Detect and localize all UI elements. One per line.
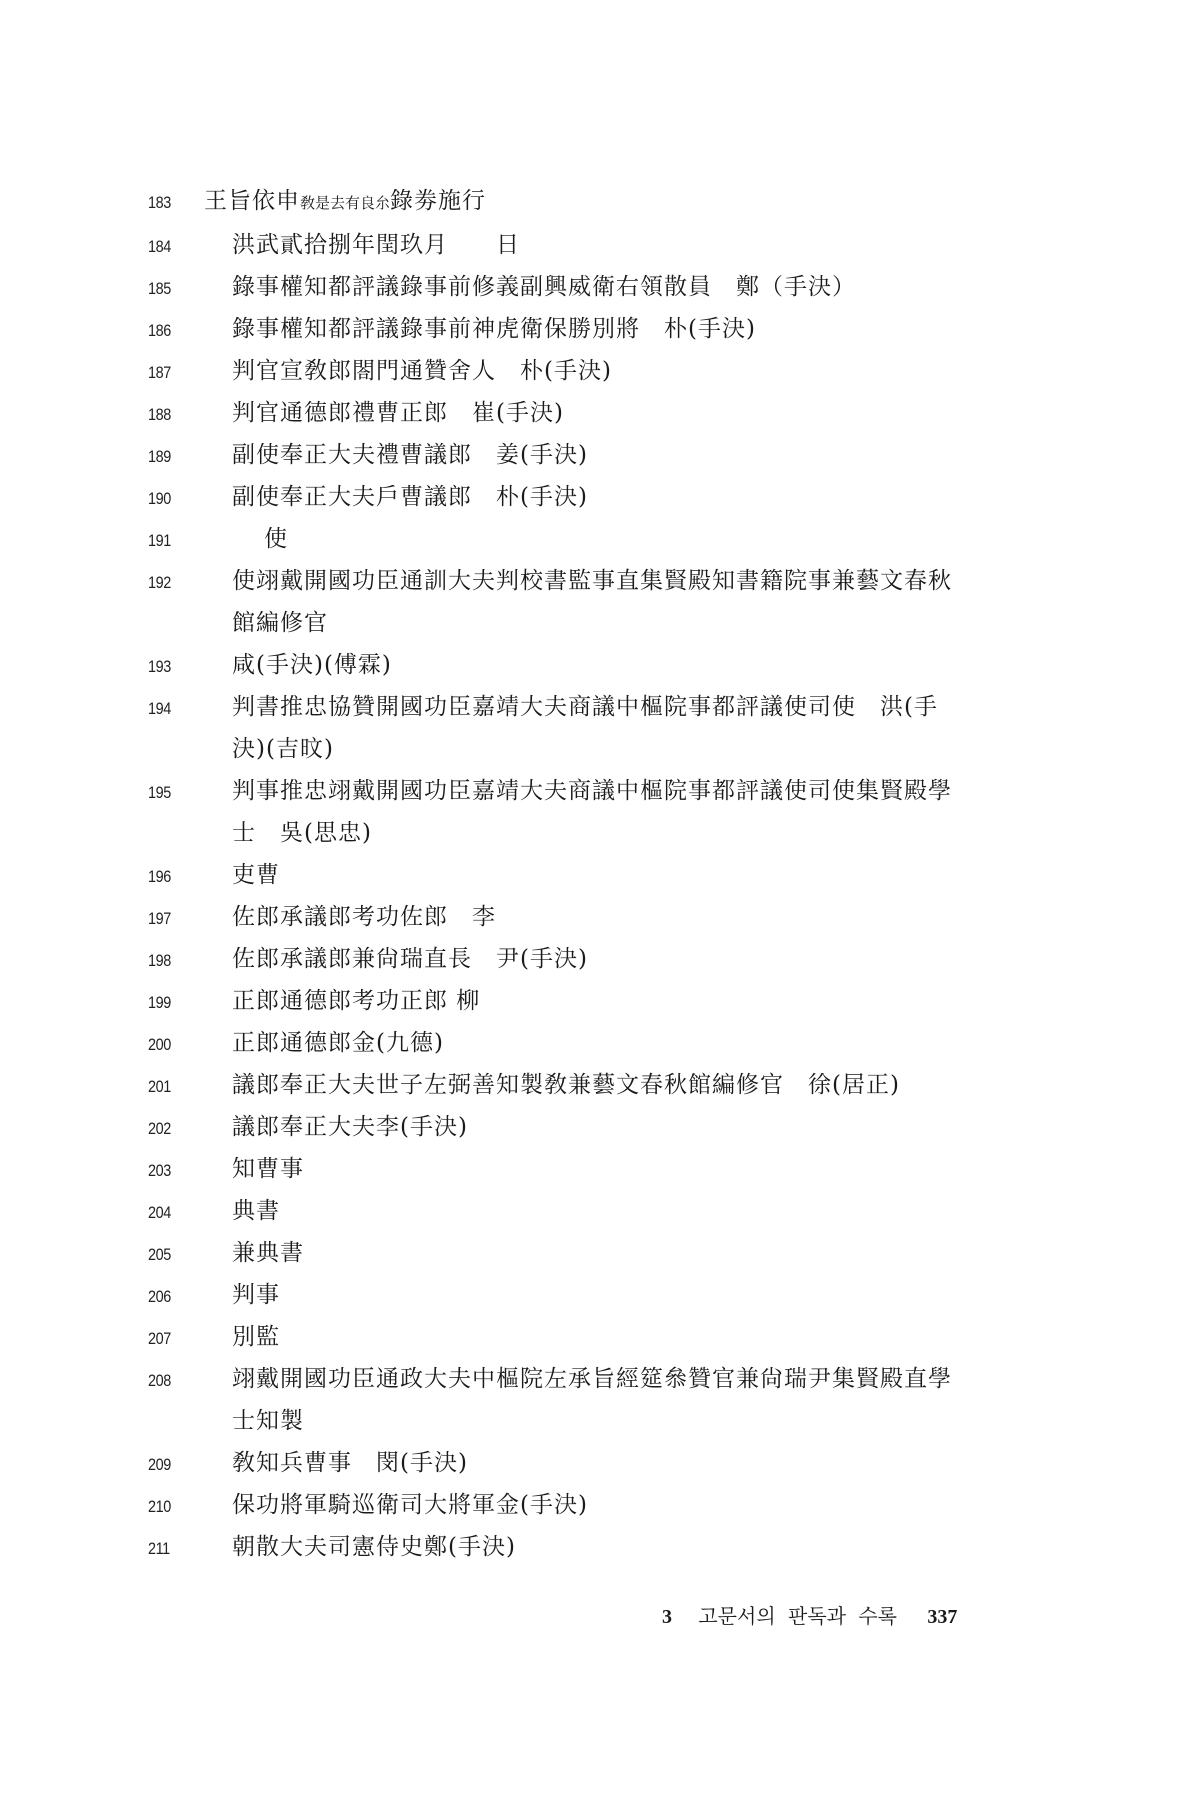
line-text: 使翊戴開國功臣通訓大夫判校書監事直集賢殿知書籍院事兼藝文春秋館編修官 — [232, 560, 1032, 644]
line-text: 正郎通德郎考功正郎 柳 — [232, 980, 1032, 1022]
line-number: 183 — [148, 193, 196, 213]
line-185: 185 錄事權知都評議錄事前修義副興威衛右領散員 鄭（手決） — [148, 266, 1048, 308]
line-text: 朝散大夫司憲侍史鄭(手決) — [232, 1526, 1032, 1568]
line-184: 184 洪武貳拾捌年閏玖月 日 — [148, 224, 1048, 266]
line-number: 204 — [148, 1203, 219, 1223]
line-197: 197 佐郎承議郎考功佐郎 李 — [148, 896, 1048, 938]
line-text: 典書 — [232, 1190, 1032, 1232]
line-text: 錄事權知都評議錄事前神虎衛保勝別將 朴(手決) — [232, 308, 1032, 350]
line-text-main: 翊戴開國功臣通政大夫中樞院左承旨經筵叅贊官兼尙瑞尹集賢殿直學 — [232, 1366, 952, 1392]
line-number: 192 — [148, 573, 219, 593]
line-number: 193 — [148, 657, 219, 677]
line-text: 正郎通德郎金(九德) — [232, 1022, 1032, 1064]
line-196: 196 吏曹 — [148, 854, 1048, 896]
document-page: 183 王旨依申敎是去有良厼錄劵施行 184 洪武貳拾捌年閏玖月 日 185 錄… — [0, 0, 1200, 1800]
line-text-continuation: 決)(吉旼) — [232, 728, 1032, 770]
line-text: 翊戴開國功臣通政大夫中樞院左承旨經筵叅贊官兼尙瑞尹集賢殿直學士知製 — [232, 1358, 1032, 1442]
line-text: 佐郎承議郎考功佐郎 李 — [232, 896, 1032, 938]
line-number: 198 — [148, 951, 219, 971]
line-number: 202 — [148, 1119, 219, 1139]
line-number: 205 — [148, 1245, 219, 1265]
line-text: 副使奉正大夫戶曹議郎 朴(手決) — [232, 476, 1032, 518]
line-198: 198 佐郎承議郎兼尙瑞直長 尹(手決) — [148, 938, 1048, 980]
line-number: 196 — [148, 867, 219, 887]
line-199: 199 正郎通德郎考功正郎 柳 — [148, 980, 1048, 1022]
chapter-number: 3 — [662, 1606, 672, 1628]
line-text: 判官宣敎郎閤門通贊舍人 朴(手決) — [232, 350, 1032, 392]
line-text: 判事 — [232, 1274, 1032, 1316]
line-text-continuation: 士知製 — [232, 1400, 1032, 1442]
line-206: 206 判事 — [148, 1274, 1048, 1316]
line-number: 189 — [148, 447, 219, 467]
line-194: 194 判書推忠協贊開國功臣嘉靖大夫商議中樞院事都評議使司使 洪(手決)(吉旼) — [148, 686, 1048, 770]
line-text: 判官通德郎禮曹正郎 崔(手決) — [232, 392, 1032, 434]
line-text: 判書推忠協贊開國功臣嘉靖大夫商議中樞院事都評議使司使 洪(手決)(吉旼) — [232, 686, 1032, 770]
line-number: 186 — [148, 321, 219, 341]
line-text: 咸(手決)(傅霖) — [232, 644, 1032, 686]
line-201: 201 議郎奉正大夫世子左弼善知製敎兼藝文春秋館編修官 徐(居正) — [148, 1064, 1048, 1106]
line-text: 保功將軍騎巡衛司大將軍金(手決) — [232, 1484, 1032, 1526]
line-192: 192 使翊戴開國功臣通訓大夫判校書監事直集賢殿知書籍院事兼藝文春秋館編修官 — [148, 560, 1048, 644]
line-number: 206 — [148, 1287, 219, 1307]
line-number: 185 — [148, 279, 219, 299]
line-203: 203 知曹事 — [148, 1148, 1048, 1190]
line-number: 201 — [148, 1077, 219, 1097]
line-text-tail: 錄劵施行 — [390, 188, 486, 214]
line-text: 洪武貳拾捌年閏玖月 日 — [232, 224, 1032, 266]
line-number: 191 — [148, 531, 219, 551]
line-text-continuation: 士 吳(思忠) — [232, 812, 1032, 854]
line-200: 200 正郎通德郎金(九德) — [148, 1022, 1048, 1064]
line-number: 197 — [148, 909, 219, 929]
line-191: 191 使 — [148, 518, 1048, 560]
line-text: 判事推忠翊戴開國功臣嘉靖大夫商議中樞院事都評議使司使集賢殿學士 吳(思忠) — [232, 770, 1032, 854]
line-202: 202 議郎奉正大夫李(手決) — [148, 1106, 1048, 1148]
line-number: 187 — [148, 363, 219, 383]
line-number: 210 — [148, 1497, 219, 1517]
line-number: 207 — [148, 1329, 219, 1349]
chapter-title: 고문서의 판독과 수록 — [698, 1604, 897, 1628]
line-text: 知曹事 — [232, 1148, 1032, 1190]
line-number: 200 — [148, 1035, 219, 1055]
line-190: 190 副使奉正大夫戶曹議郎 朴(手決) — [148, 476, 1048, 518]
line-text-small-idu: 敎是去有良厼 — [300, 194, 390, 212]
line-text: 兼典書 — [232, 1232, 1032, 1274]
line-text: 別監 — [232, 1316, 1032, 1358]
line-text: 吏曹 — [232, 854, 1032, 896]
line-number: 209 — [148, 1455, 219, 1475]
page-footer: 3 고문서의 판독과 수록 337 — [662, 1600, 957, 1629]
line-210: 210 保功將軍騎巡衛司大將軍金(手決) — [148, 1484, 1048, 1526]
line-number: 203 — [148, 1161, 219, 1181]
line-number: 208 — [148, 1371, 219, 1391]
line-text-main: 判書推忠協贊開國功臣嘉靖大夫商議中樞院事都評議使司使 洪(手 — [232, 694, 938, 720]
line-number: 190 — [148, 489, 219, 509]
line-208: 208 翊戴開國功臣通政大夫中樞院左承旨經筵叅贊官兼尙瑞尹集賢殿直學士知製 — [148, 1358, 1048, 1442]
line-text: 錄事權知都評議錄事前修義副興威衛右領散員 鄭（手決） — [232, 266, 1032, 308]
line-186: 186 錄事權知都評議錄事前神虎衛保勝別將 朴(手決) — [148, 308, 1048, 350]
line-text-main: 判事推忠翊戴開國功臣嘉靖大夫商議中樞院事都評議使司使集賢殿學 — [232, 778, 952, 804]
line-number: 195 — [148, 783, 219, 803]
line-text-main: 王旨依申 — [204, 188, 300, 214]
line-number: 211 — [148, 1539, 219, 1559]
line-text: 副使奉正大夫禮曹議郎 姜(手決) — [232, 434, 1032, 476]
line-205: 205 兼典書 — [148, 1232, 1048, 1274]
line-193: 193 咸(手決)(傅霖) — [148, 644, 1048, 686]
line-195: 195 判事推忠翊戴開國功臣嘉靖大夫商議中樞院事都評議使司使集賢殿學士 吳(思忠… — [148, 770, 1048, 854]
transcription-lines: 183 王旨依申敎是去有良厼錄劵施行 184 洪武貳拾捌年閏玖月 日 185 錄… — [148, 180, 1048, 1568]
line-text-main: 使翊戴開國功臣通訓大夫判校書監事直集賢殿知書籍院事兼藝文春秋 — [232, 568, 952, 594]
line-text: 議郎奉正大夫李(手決) — [232, 1106, 1032, 1148]
line-text: 敎知兵曹事 閔(手決) — [232, 1442, 1032, 1484]
line-text: 議郎奉正大夫世子左弼善知製敎兼藝文春秋館編修官 徐(居正) — [232, 1064, 1032, 1106]
line-204: 204 典書 — [148, 1190, 1048, 1232]
line-number: 184 — [148, 237, 219, 257]
line-number: 199 — [148, 993, 219, 1013]
line-text-continuation: 館編修官 — [232, 602, 1032, 644]
page-number: 337 — [927, 1606, 957, 1628]
line-209: 209 敎知兵曹事 閔(手決) — [148, 1442, 1048, 1484]
line-text: 佐郎承議郎兼尙瑞直長 尹(手決) — [232, 938, 1032, 980]
line-number: 188 — [148, 405, 219, 425]
line-207: 207 別監 — [148, 1316, 1048, 1358]
line-211: 211 朝散大夫司憲侍史鄭(手決) — [148, 1526, 1048, 1568]
line-188: 188 判官通德郎禮曹正郎 崔(手決) — [148, 392, 1048, 434]
line-183: 183 王旨依申敎是去有良厼錄劵施行 — [148, 180, 1048, 224]
line-189: 189 副使奉正大夫禮曹議郎 姜(手決) — [148, 434, 1048, 476]
line-187: 187 判官宣敎郎閤門通贊舍人 朴(手決) — [148, 350, 1048, 392]
line-text: 使 — [232, 518, 1048, 560]
line-number: 194 — [148, 699, 219, 719]
line-text: 王旨依申敎是去有良厼錄劵施行 — [204, 180, 1004, 224]
